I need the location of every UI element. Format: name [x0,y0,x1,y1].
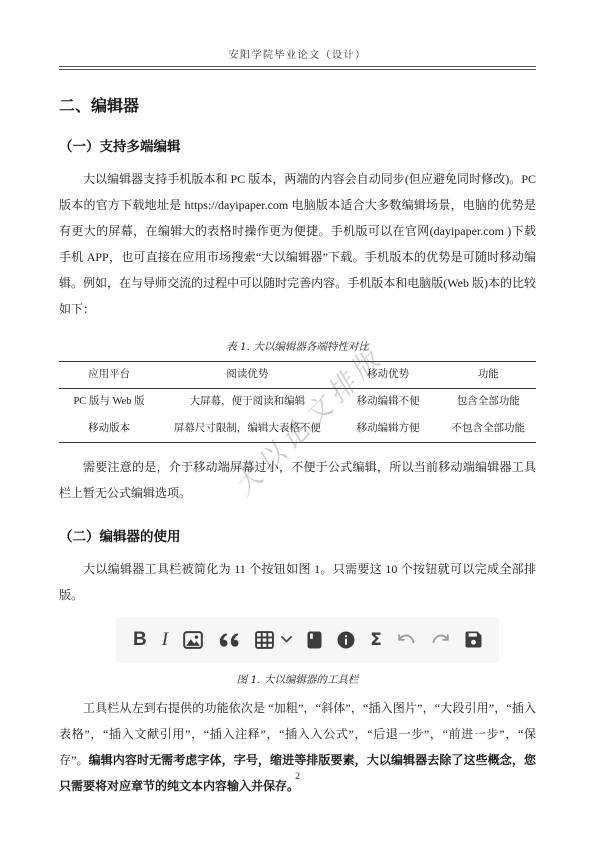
header-double-rule [59,66,536,70]
redo-icon [431,633,450,647]
section2-heading: （二）编辑器的使用 [59,525,536,545]
table-cell: 大屏幕，便于阅读和编辑 [159,389,335,416]
section1-heading: （一）支持多端编辑 [59,135,536,155]
table-header-features: 功能 [441,362,536,389]
table-header-platform: 应用平台 [59,362,159,389]
table-row: 移动版本 屏幕尺寸限制，编辑大表格不便 移动编辑方便 不包含全部功能 [59,416,536,443]
chevron-down-icon [281,636,292,643]
annotation-info-icon [337,631,355,649]
bold-icon: B [133,629,147,651]
section1-note-paragraph: 需要注意的是，介于移动端屏幕过小，不便于公式编辑，所以当前移动端编辑器工具栏上暂… [59,454,536,506]
blockquote-icon [218,632,240,648]
insert-table-icon [255,631,274,649]
insert-image-icon [183,631,203,649]
table-header-row: 应用平台 阅读优势 移动优势 功能 [59,362,536,389]
table-header-reading: 阅读优势 [159,362,335,389]
document-page: 大以论文排版 安阳学院毕业论文（设计） 二、编辑器 （一）支持多端编辑 大以编辑… [0,0,595,842]
table-cell: 不包含全部功能 [441,416,536,443]
table-cell: 移动编辑方便 [336,416,441,443]
table-cell: 屏幕尺寸限制，编辑大表格不便 [159,416,335,443]
italic-icon: I [162,629,168,651]
section1-paragraph: 大以编辑器支持手机版本和 PC 版本，两端的内容会自动同步(但应避免同时修改)。… [59,166,536,322]
table-row: PC 版与 Web 版 大屏幕，便于阅读和编辑 移动编辑不便 包含全部功能 [59,389,536,416]
comparison-table: 应用平台 阅读优势 移动优势 功能 PC 版与 Web 版 大屏幕，便于阅读和编… [59,361,536,443]
section2-paragraph: 大以编辑器工具栏被简化为 11 个按钮如图 1。只需要这 10 个按钮就可以完成… [59,556,536,608]
table-caption: 表 1. 大以编辑器各端特性对比 [59,339,536,354]
editor-toolbar-figure: B I [116,617,499,663]
chapter-title: 二、编辑器 [59,93,536,116]
table-cell: 移动编辑不便 [336,389,441,416]
formula-icon: Σ [370,630,382,650]
undo-icon [397,633,416,647]
citation-icon [307,631,322,649]
table-cell: 移动版本 [59,416,159,443]
closing-paragraph: 工具栏从左到右提供的功能依次是 “加粗”，“斜体”，“插入图片”，“大段引用”，… [59,695,536,799]
table-cell: PC 版与 Web 版 [59,389,159,416]
running-header: 安阳学院毕业论文（设计） [59,0,536,70]
table-header-mobility: 移动优势 [336,362,441,389]
save-icon [465,631,482,648]
figure-caption: 图 1. 大以编辑器的工具栏 [59,672,536,687]
insert-table-button-group [255,631,292,649]
running-header-title: 安阳学院毕业论文（设计） [59,46,536,61]
page-number: 2 [0,772,595,782]
table-cell: 包含全部功能 [441,389,536,416]
